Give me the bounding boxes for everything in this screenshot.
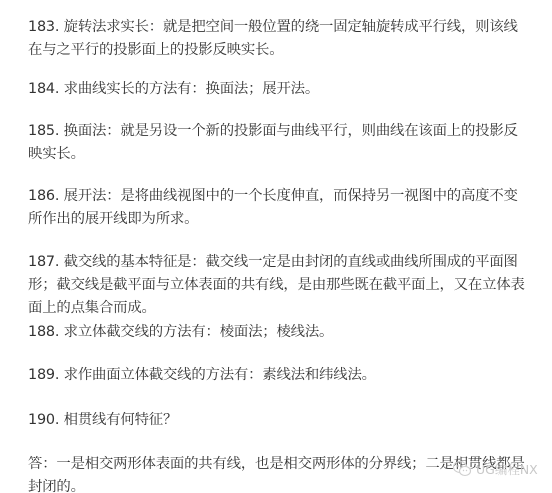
item-184: 184. 求曲线实长的方法有：换面法；展开法。 [28, 78, 319, 101]
item-number: 189. [28, 367, 59, 383]
item-188: 188. 求立体截交线的方法有：棱面法；棱线法。 [28, 321, 333, 344]
item-number: 190. [28, 412, 59, 428]
item-text: 相贯线有何特征？ [64, 412, 178, 428]
item-183: 183. 旋转法求实长：就是把空间一般位置的绕一固定轴旋转成平行线，则该线在与之… [28, 16, 528, 62]
item-185: 185. 换面法：就是另设一个新的投影面与曲线平行，则曲线在该面上的投影反映实长… [28, 120, 528, 166]
item-number: 183. [28, 19, 59, 35]
item-text: 求作曲面立体截交线的方法有：素线法和纬线法。 [64, 367, 376, 383]
item-text: 旋转法求实长：就是把空间一般位置的绕一固定轴旋转成平行线，则该线在与之平行的投影… [28, 19, 518, 58]
item-number: 188. [28, 324, 59, 340]
item-text: 换面法：就是另设一个新的投影面与曲线平行，则曲线在该面上的投影反映实长。 [28, 123, 518, 162]
watermark: UG编程NX [452, 460, 538, 478]
item-text: 求曲线实长的方法有：换面法；展开法。 [64, 81, 319, 97]
wechat-icon [452, 460, 472, 478]
item-190: 190. 相贯线有何特征？ [28, 409, 177, 432]
item-number: 184. [28, 81, 59, 97]
item-189: 189. 求作曲面立体截交线的方法有：素线法和纬线法。 [28, 364, 376, 387]
item-number: 185. [28, 123, 59, 139]
item-186: 186. 展开法：是将曲线视图中的一个长度伸直，而保持另一视图中的高度不变所作出… [28, 185, 528, 231]
watermark-text: UG编程NX [476, 460, 538, 478]
item-number: 186. [28, 188, 59, 204]
item-text: 求立体截交线的方法有：棱面法；棱线法。 [64, 324, 334, 340]
item-number: 187. [28, 254, 59, 270]
item-187: 187. 截交线的基本特征是：截交线一定是由封闭的直线或曲线所围成的平面图形；截… [28, 251, 528, 320]
item-text: 展开法：是将曲线视图中的一个长度伸直，而保持另一视图中的高度不变所作出的展开线即… [28, 188, 518, 227]
item-text: 截交线的基本特征是：截交线一定是由封闭的直线或曲线所围成的平面图形；截交线是截平… [28, 254, 525, 316]
